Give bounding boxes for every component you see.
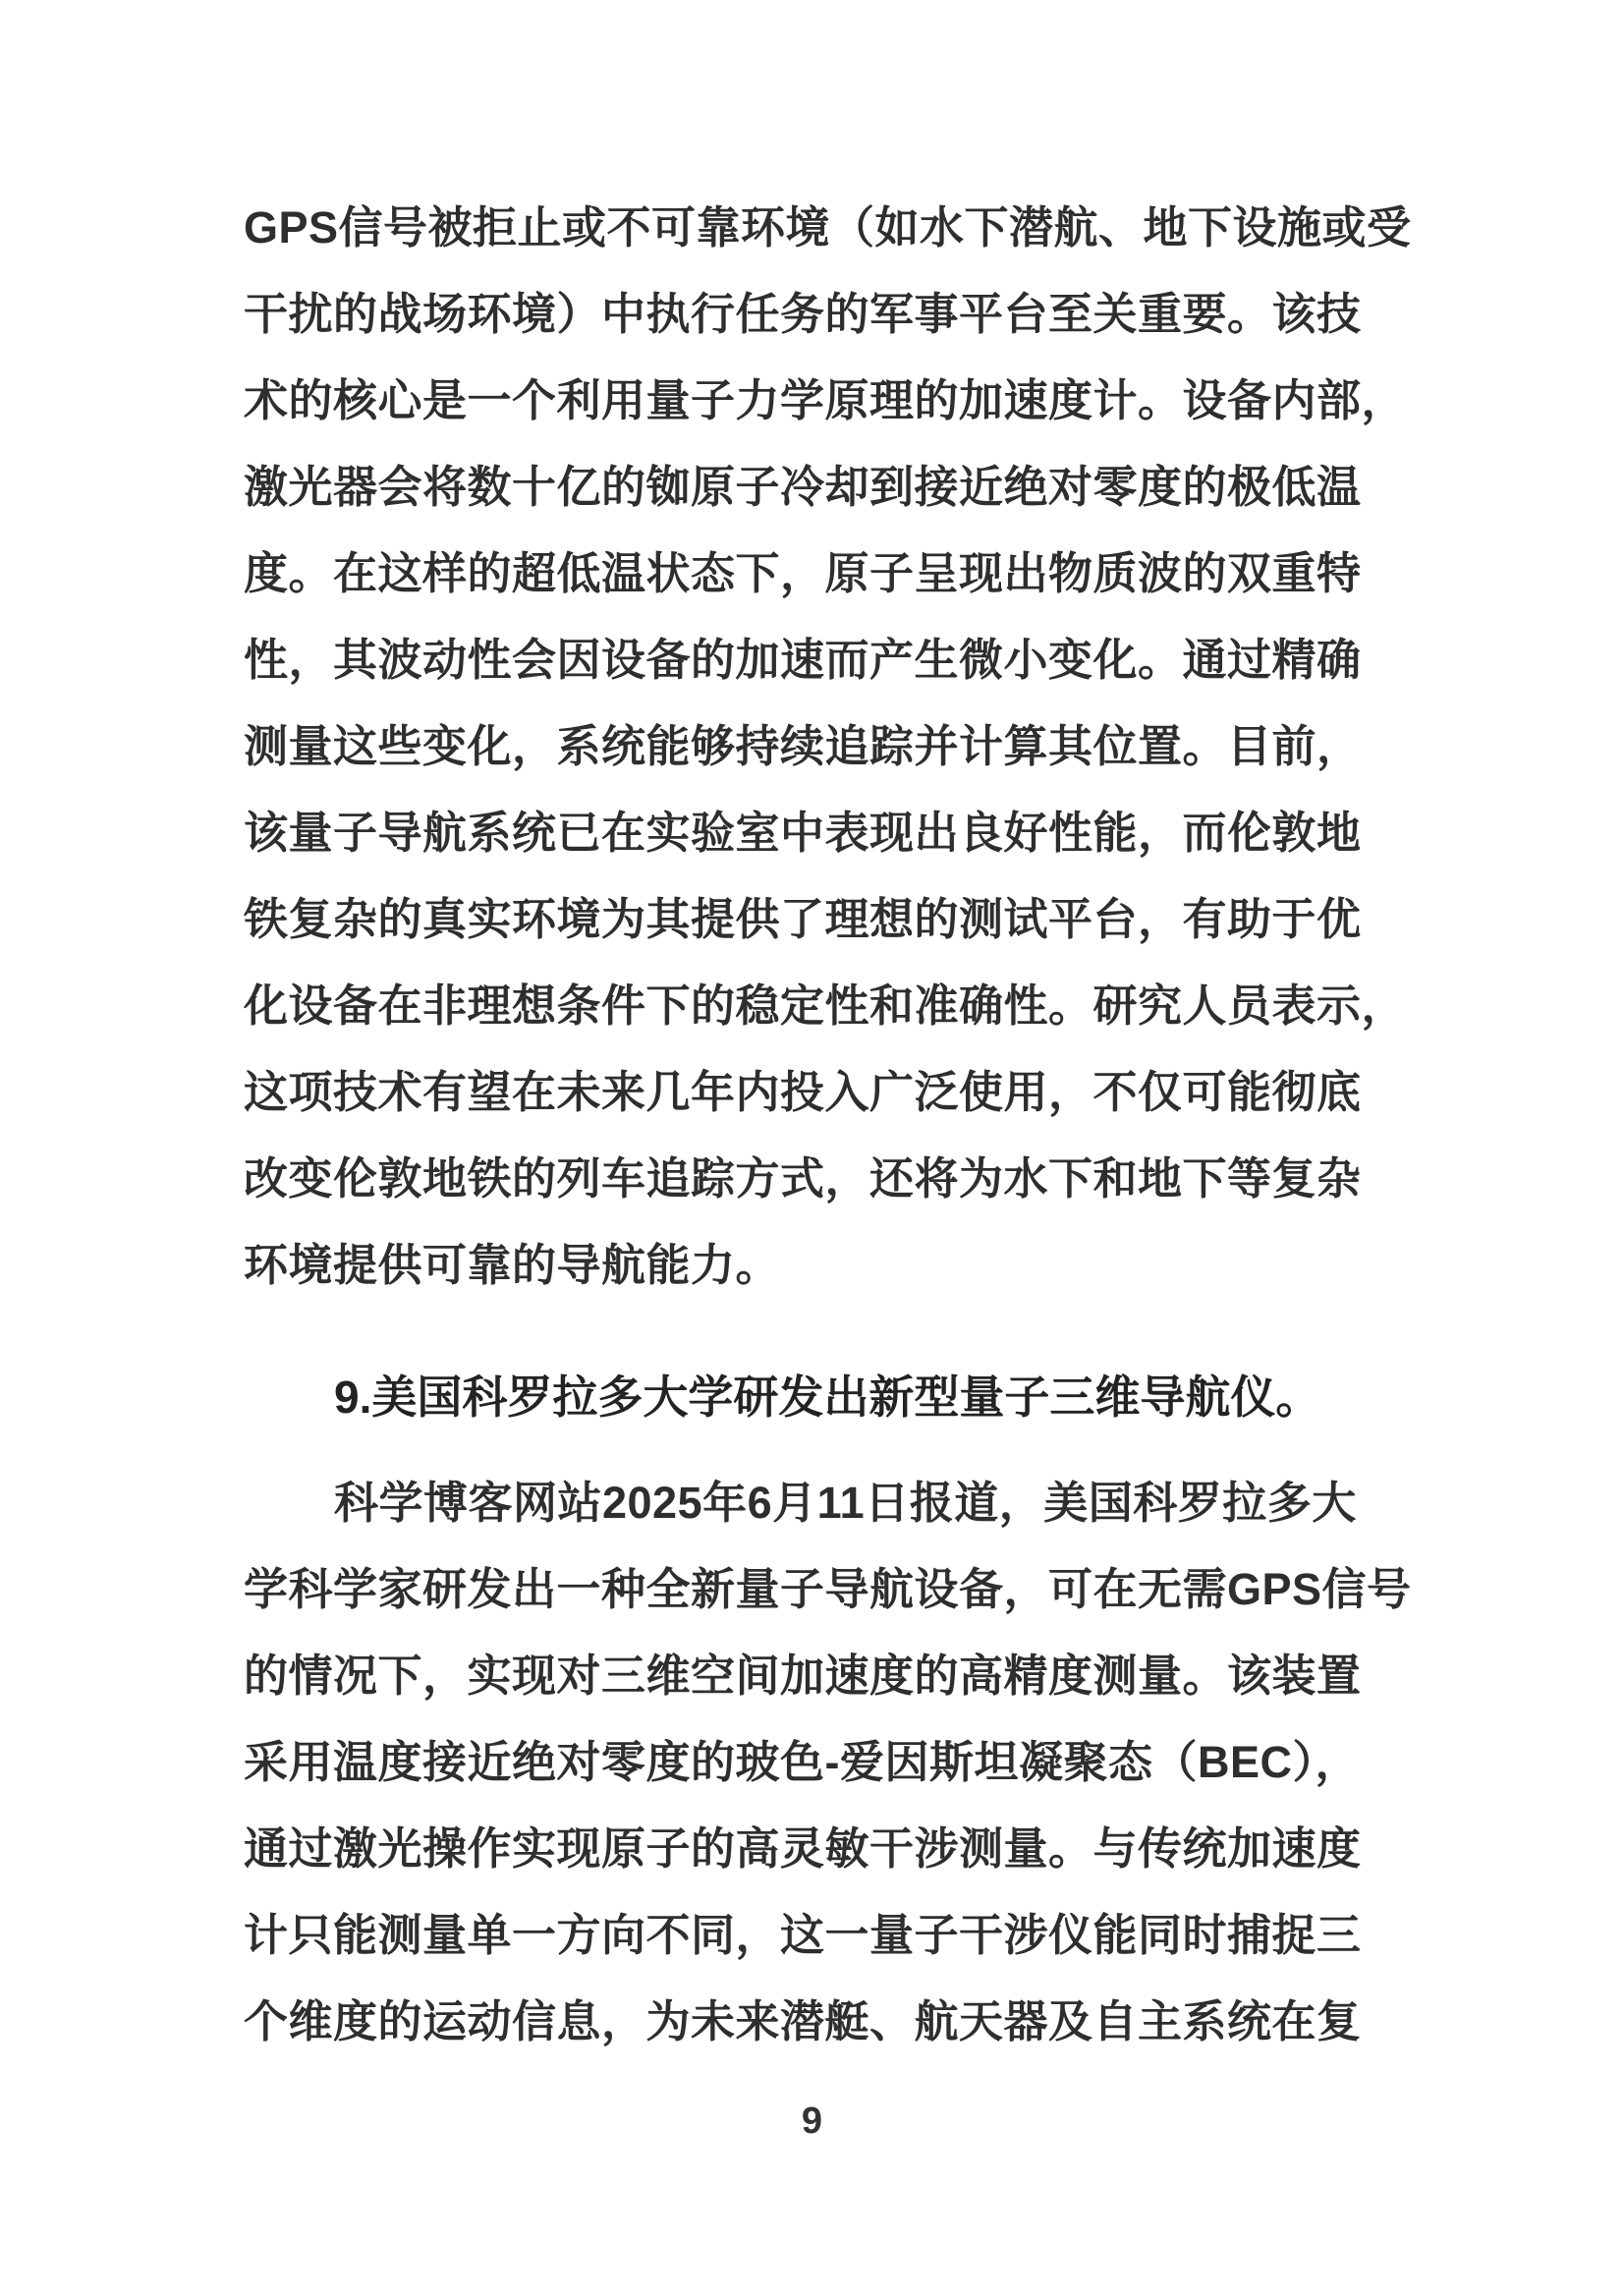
text-line: 学科学家研发出一种全新量子导航设备，可在无需GPS信号 xyxy=(244,1546,1383,1633)
text-line: 个维度的运动信息，为未来潜艇、航天器及自主系统在复 xyxy=(244,1979,1383,2065)
text-line: 该量子导航系统已在实验室中表现出良好性能，而伦敦地 xyxy=(244,790,1383,876)
text-line: 术的核心是一个利用量子力学原理的加速度计。设备内部， xyxy=(244,358,1383,444)
text-line: 干扰的战场环境）中执行任务的军事平台至关重要。该技 xyxy=(244,271,1383,358)
text-line: GPS信号被拒止或不可靠环境（如水下潜航、地下设施或受 xyxy=(244,185,1383,271)
text-line: 通过激光操作实现原子的高灵敏干涉测量。与传统加速度 xyxy=(244,1806,1383,1892)
paragraph-1: GPS信号被拒止或不可靠环境（如水下潜航、地下设施或受 干扰的战场环境）中执行任… xyxy=(244,185,1383,1309)
text-line: 度。在这样的超低温状态下，原子呈现出物质波的双重特 xyxy=(244,531,1383,617)
text-line: 化设备在非理想条件下的稳定性和准确性。研究人员表示， xyxy=(244,963,1383,1049)
section-heading: 9.美国科罗拉多大学研发出新型量子三维导航仪。 xyxy=(244,1354,1383,1440)
page-content: GPS信号被拒止或不可靠环境（如水下潜航、地下设施或受 干扰的战场环境）中执行任… xyxy=(244,185,1383,2065)
text-line: 科学博客网站2025年6月11日报道，美国科罗拉多大 xyxy=(244,1460,1383,1546)
text-line: 采用温度接近绝对零度的玻色-爱因斯坦凝聚态（BEC）， xyxy=(244,1719,1383,1806)
text-line: 测量这些变化，系统能够持续追踪并计算其位置。目前， xyxy=(244,703,1383,790)
text-line: 这项技术有望在未来几年内投入广泛使用，不仅可能彻底 xyxy=(244,1049,1383,1136)
text-line: 环境提供可靠的导航能力。 xyxy=(244,1222,1383,1309)
text-line: 激光器会将数十亿的铷原子冷却到接近绝对零度的极低温 xyxy=(244,444,1383,531)
text-line: 铁复杂的真实环境为其提供了理想的测试平台，有助于优 xyxy=(244,876,1383,963)
text-line: 计只能测量单一方向不同，这一量子干涉仪能同时捕捉三 xyxy=(244,1892,1383,1979)
document-page: GPS信号被拒止或不可靠环境（如水下潜航、地下设施或受 干扰的战场环境）中执行任… xyxy=(0,0,1624,2296)
paragraph-2: 科学博客网站2025年6月11日报道，美国科罗拉多大 学科学家研发出一种全新量子… xyxy=(244,1460,1383,2065)
text-line: 性，其波动性会因设备的加速而产生微小变化。通过精确 xyxy=(244,617,1383,703)
text-line: 的情况下，实现对三维空间加速度的高精度测量。该装置 xyxy=(244,1633,1383,1719)
text-line: 改变伦敦地铁的列车追踪方式，还将为水下和地下等复杂 xyxy=(244,1136,1383,1222)
page-number: 9 xyxy=(0,2097,1624,2146)
